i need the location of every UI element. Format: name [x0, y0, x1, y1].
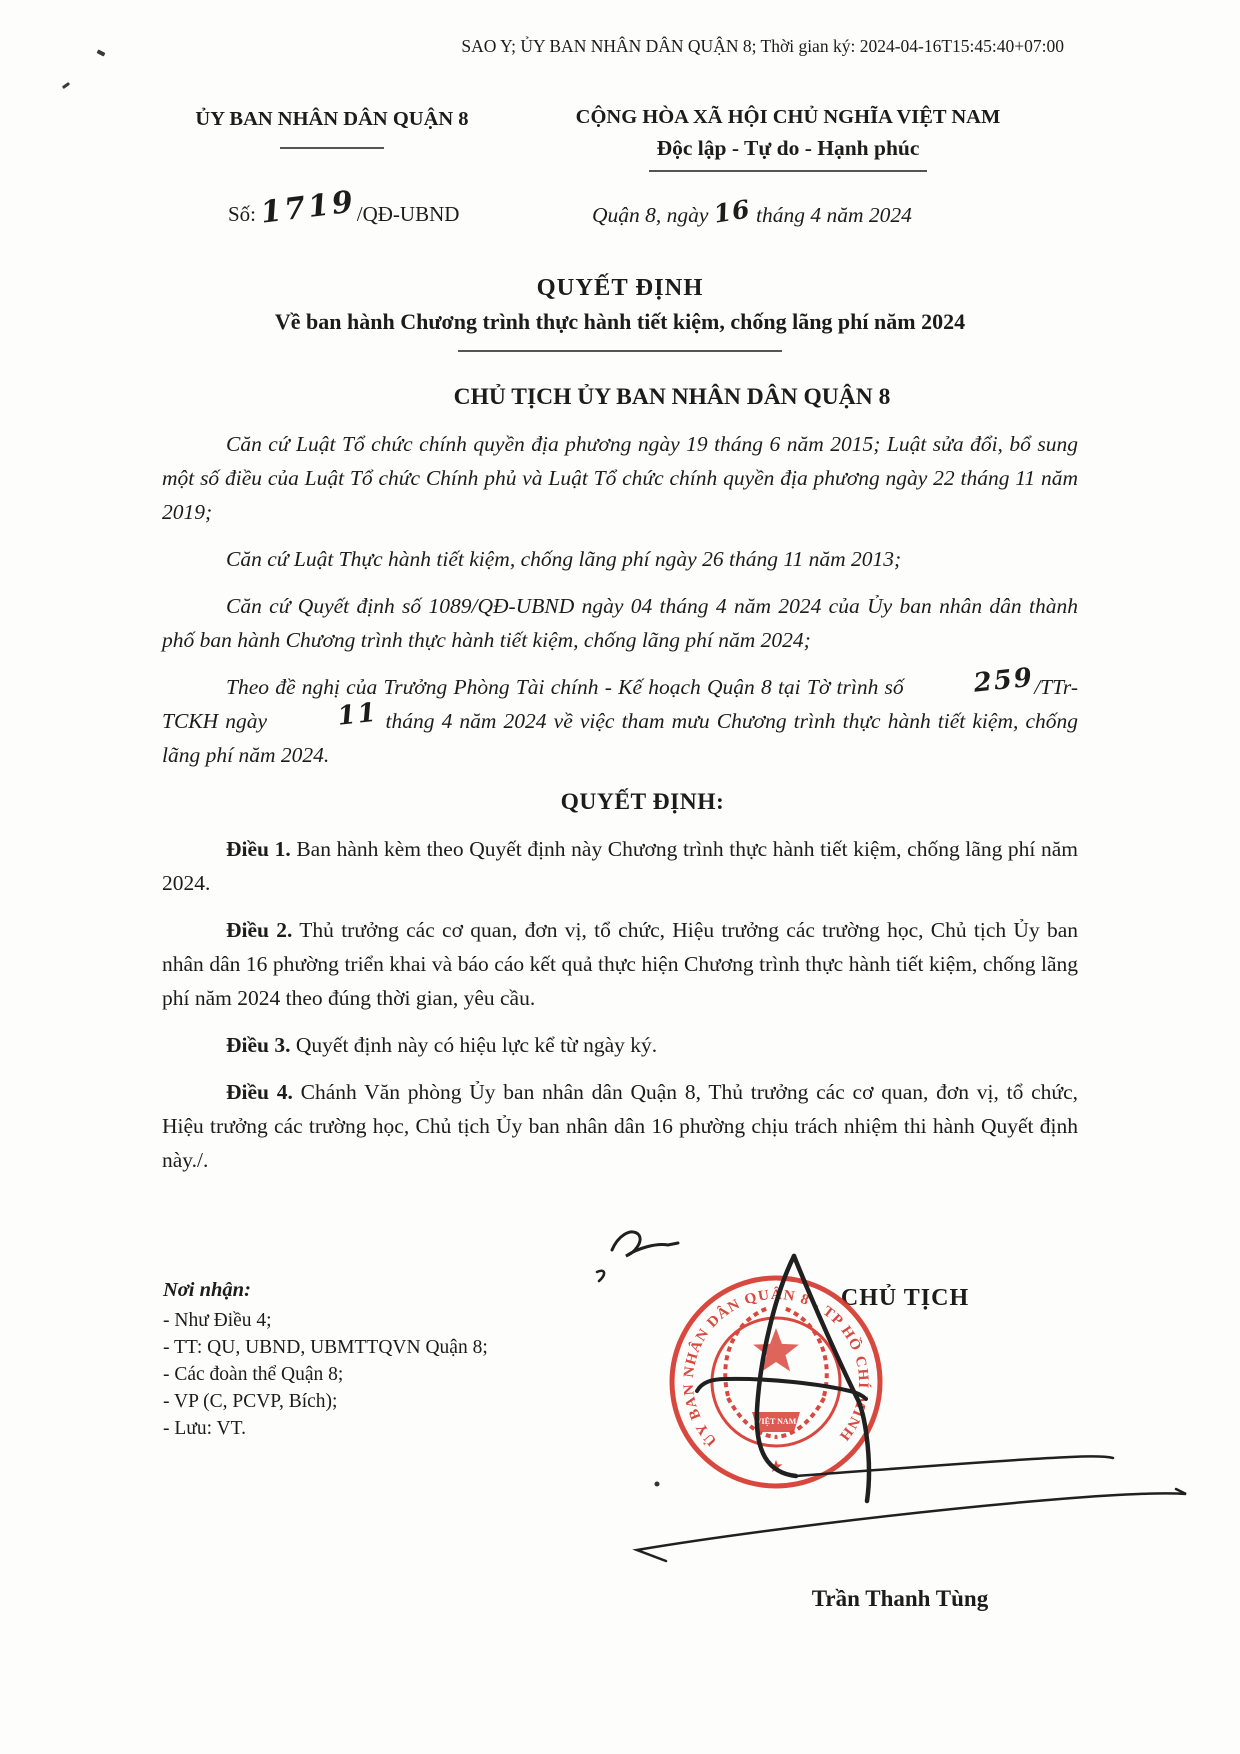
recipient-item: - Các đoàn thể Quận 8;: [163, 1361, 488, 1388]
recipients-label: Nơi nhận:: [163, 1277, 488, 1304]
recipient-item: - Như Điều 4;: [163, 1307, 488, 1334]
national-motto-line1: CỘNG HÒA XÃ HỘI CHỦ NGHĨA VIỆT NAM: [548, 106, 1028, 129]
signature-crossbar-stroke: [697, 1379, 866, 1399]
seal-wreath-right: [784, 1308, 827, 1396]
article-4-text: Chánh Văn phòng Ủy ban nhân dân Quận 8, …: [162, 1080, 1078, 1172]
certification-stamp-line: SAO Y; ỦY BAN NHÂN DÂN QUẬN 8; Thời gian…: [461, 36, 1064, 57]
seal-wreath-bottom-left: [728, 1398, 776, 1437]
seal-banner: [752, 1412, 800, 1432]
document-number-suffix: /QĐ-UBND: [357, 202, 460, 226]
article-3: Điều 3. Quyết định này có hiệu lực kể từ…: [162, 1028, 1078, 1062]
preamble-paragraph-1: Căn cứ Luật Tổ chức chính quyền địa phươ…: [162, 427, 1078, 529]
issuing-authority-name: ỦY BAN NHÂN DÂN QUẬN 8: [190, 108, 474, 131]
scan-speck: [62, 82, 70, 89]
document-number-handwritten: 1719: [259, 184, 358, 230]
tto-trinh-number-handwritten: 259: [910, 678, 1034, 691]
article-2-label: Điều 2.: [226, 918, 292, 942]
preamble-paragraph-4: Theo đề nghị của Trưởng Phòng Tài chính …: [162, 670, 1078, 772]
date-suffix: tháng 4 năm 2024: [756, 203, 912, 227]
article-3-text: Quyết định này có hiệu lực kể từ ngày ký…: [291, 1033, 658, 1057]
document-page: SAO Y; ỦY BAN NHÂN DÂN QUẬN 8; Thời gian…: [0, 0, 1240, 1754]
seal-bottom-star-icon: ★: [768, 1457, 783, 1476]
article-1-label: Điều 1.: [226, 837, 291, 861]
header-underline: [280, 147, 384, 149]
subject-underline: [458, 350, 782, 352]
article-3-label: Điều 3.: [226, 1033, 291, 1057]
recipient-item: - VP (C, PCVP, Bích);: [163, 1388, 488, 1415]
national-motto-line2: Độc lập - Tự do - Hạnh phúc: [548, 136, 1028, 161]
national-motto-block: CỘNG HÒA XÃ HỘI CHỦ NGHĨA VIỆT NAM Độc l…: [548, 106, 1028, 172]
seal-emblem-star-icon: [753, 1328, 799, 1371]
seal-inner-ring: [712, 1318, 840, 1446]
signature-initials-flourish: [597, 1271, 604, 1281]
article-2: Điều 2. Thủ trưởng các cơ quan, đơn vị, …: [162, 913, 1078, 1015]
signer-name: Trần Thanh Tùng: [700, 1586, 1100, 1612]
document-number-line: Số: 1719/QĐ-UBND: [228, 194, 459, 229]
issuing-authority-block: ỦY BAN NHÂN DÂN QUẬN 8: [190, 108, 474, 149]
article-1-text: Ban hành kèm theo Quyết định này Chương …: [162, 837, 1078, 895]
seal-wreath-left: [725, 1308, 768, 1396]
recipient-item: - Lưu: VT.: [163, 1415, 488, 1442]
preamble-paragraph-3: Căn cứ Quyết định số 1089/QĐ-UBND ngày 0…: [162, 589, 1078, 657]
article-4: Điều 4. Chánh Văn phòng Ủy ban nhân dân …: [162, 1075, 1078, 1177]
seal-wreath-bottom-right: [776, 1398, 824, 1437]
handwritten-signature: [597, 1232, 1186, 1561]
preamble-4-text: Theo đề nghị của Trưởng Phòng Tài chính …: [226, 675, 904, 699]
signature-upper-swoosh: [796, 1456, 1113, 1476]
scan-speck: [97, 49, 106, 56]
date-prefix: Quận 8, ngày: [592, 203, 708, 227]
document-subject: Về ban hành Chương trình thực hành tiết …: [140, 309, 1100, 335]
date-line: Quận 8, ngày 16 tháng 4 năm 2024: [592, 199, 912, 228]
signature-initials: [612, 1232, 678, 1256]
document-number-label: Số:: [228, 202, 256, 226]
deciding-authority: CHỦ TỊCH ỦY BAN NHÂN DÂN QUẬN 8: [232, 384, 1112, 411]
decision-heading: QUYẾT ĐỊNH:: [162, 785, 1078, 819]
document-body: Căn cứ Luật Tổ chức chính quyền địa phươ…: [162, 427, 1078, 1190]
document-title: QUYẾT ĐỊNH: [0, 274, 1240, 302]
article-4-label: Điều 4.: [226, 1080, 293, 1104]
recipients-block: Nơi nhận: - Như Điều 4; - TT: QU, UBND, …: [163, 1277, 488, 1442]
seal-center-label: VIỆT NAM: [756, 1417, 797, 1426]
article-2-text: Thủ trưởng các cơ quan, đơn vị, tổ chức,…: [162, 918, 1078, 1010]
date-day-handwritten: 16: [711, 194, 752, 228]
recipient-item: - TT: QU, UBND, UBMTTQVN Quận 8;: [163, 1334, 488, 1361]
signature-lower-swoosh: [637, 1489, 1186, 1561]
tto-trinh-day-handwritten: 11: [274, 713, 378, 724]
preamble-4-text: tháng 4 năm 2024 về việc tham mưu Chương…: [162, 709, 1078, 767]
ink-dot: [655, 1482, 660, 1487]
signer-title: CHỦ TỊCH: [780, 1285, 1030, 1312]
preamble-paragraph-2: Căn cứ Luật Thực hành tiết kiệm, chống l…: [162, 542, 1078, 576]
article-1: Điều 1. Ban hành kèm theo Quyết định này…: [162, 832, 1078, 900]
motto-underline: [649, 170, 927, 172]
